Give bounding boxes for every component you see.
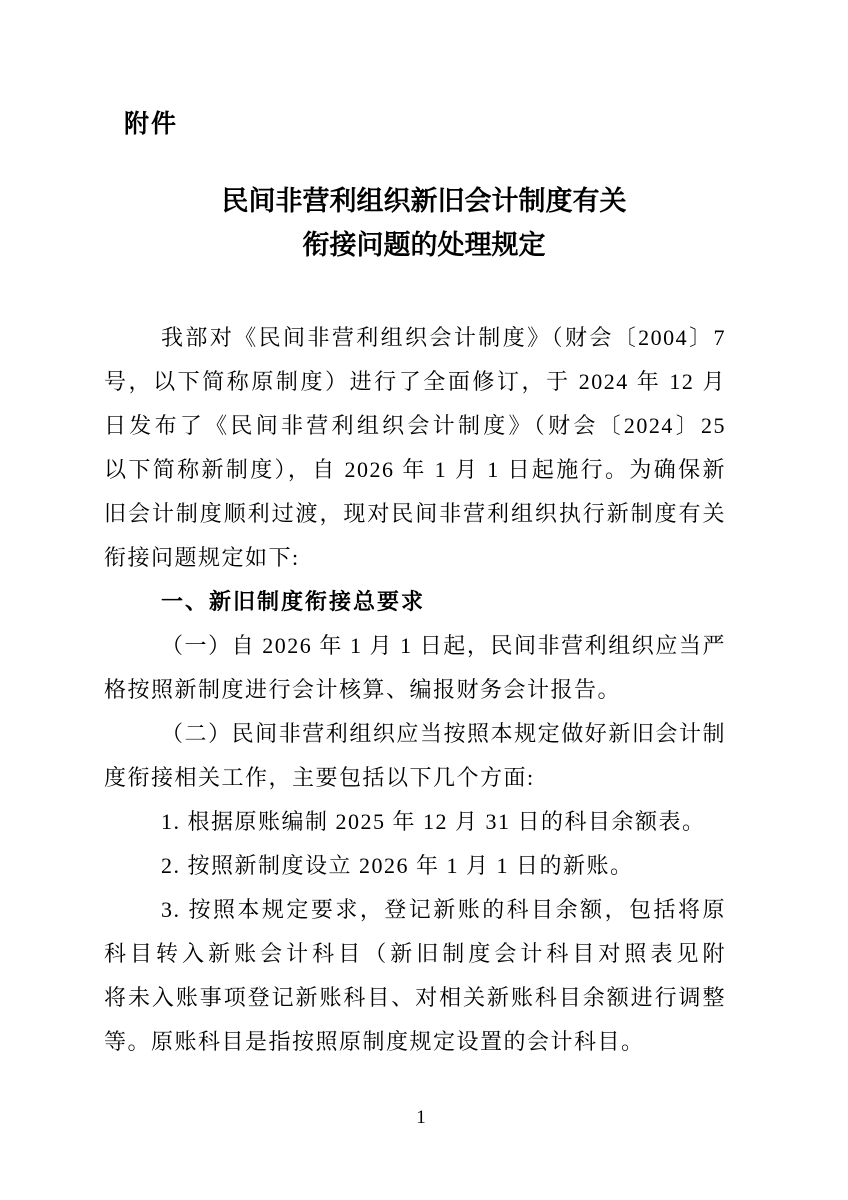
body-line: 1. 根据原账编制 2025 年 12 月 31 日的科目余额表。 — [104, 800, 726, 844]
body-line: 度衔接相关工作，主要包括以下几个方面: — [104, 756, 726, 800]
body-line: 科目转入新账会计科目（新旧制度会计科目对照表见附表）、 — [104, 932, 726, 976]
body-line: 我部对《民间非营利组织会计制度》（财会〔2004〕7 — [104, 316, 726, 360]
section-heading: 一、新旧制度衔接总要求 — [104, 580, 726, 624]
body-line: 格按照新制度进行会计核算、编报财务会计报告。 — [104, 668, 726, 712]
body-line: 将未入账事项登记新账科目、对相关新账科目余额进行调整 — [104, 976, 726, 1020]
document-title: 民间非营利组织新旧会计制度有关 衔接问题的处理规定 — [0, 179, 848, 267]
body-line: （二）民间非营利组织应当按照本规定做好新旧会计制 — [104, 712, 726, 756]
body-line: 旧会计制度顺利过渡，现对民间非营利组织执行新制度有关 — [104, 492, 726, 536]
document-body: 我部对《民间非营利组织会计制度》（财会〔2004〕7 号，以下简称原制度）进行了… — [104, 316, 726, 1064]
body-line: 3. 按照本规定要求，登记新账的科目余额，包括将原账 — [104, 888, 726, 932]
body-line: 以下简称新制度），自 2026 年 1 月 1 日起施行。为确保新 — [104, 448, 726, 492]
body-line: 等。原账科目是指按照原制度规定设置的会计科目。 — [104, 1020, 726, 1064]
body-line: 号，以下简称原制度）进行了全面修订，于 2024 年 12 月 20 — [104, 360, 726, 404]
attachment-label: 附件 — [124, 110, 178, 138]
document-page: 附件 民间非营利组织新旧会计制度有关 衔接问题的处理规定 我部对《民间非营利组织… — [0, 0, 848, 1200]
document-title-line-1: 民间非营利组织新旧会计制度有关 — [0, 179, 848, 223]
body-line: （一）自 2026 年 1 月 1 日起，民间非营利组织应当严 — [104, 624, 726, 668]
body-line: 日发布了《民间非营利组织会计制度》（财会〔2024〕25 号， — [104, 404, 726, 448]
body-line: 衔接问题规定如下: — [104, 536, 726, 580]
document-title-line-2: 衔接问题的处理规定 — [0, 223, 848, 267]
body-line: 2. 按照新制度设立 2026 年 1 月 1 日的新账。 — [104, 844, 726, 888]
page-number: 1 — [0, 1106, 842, 1130]
